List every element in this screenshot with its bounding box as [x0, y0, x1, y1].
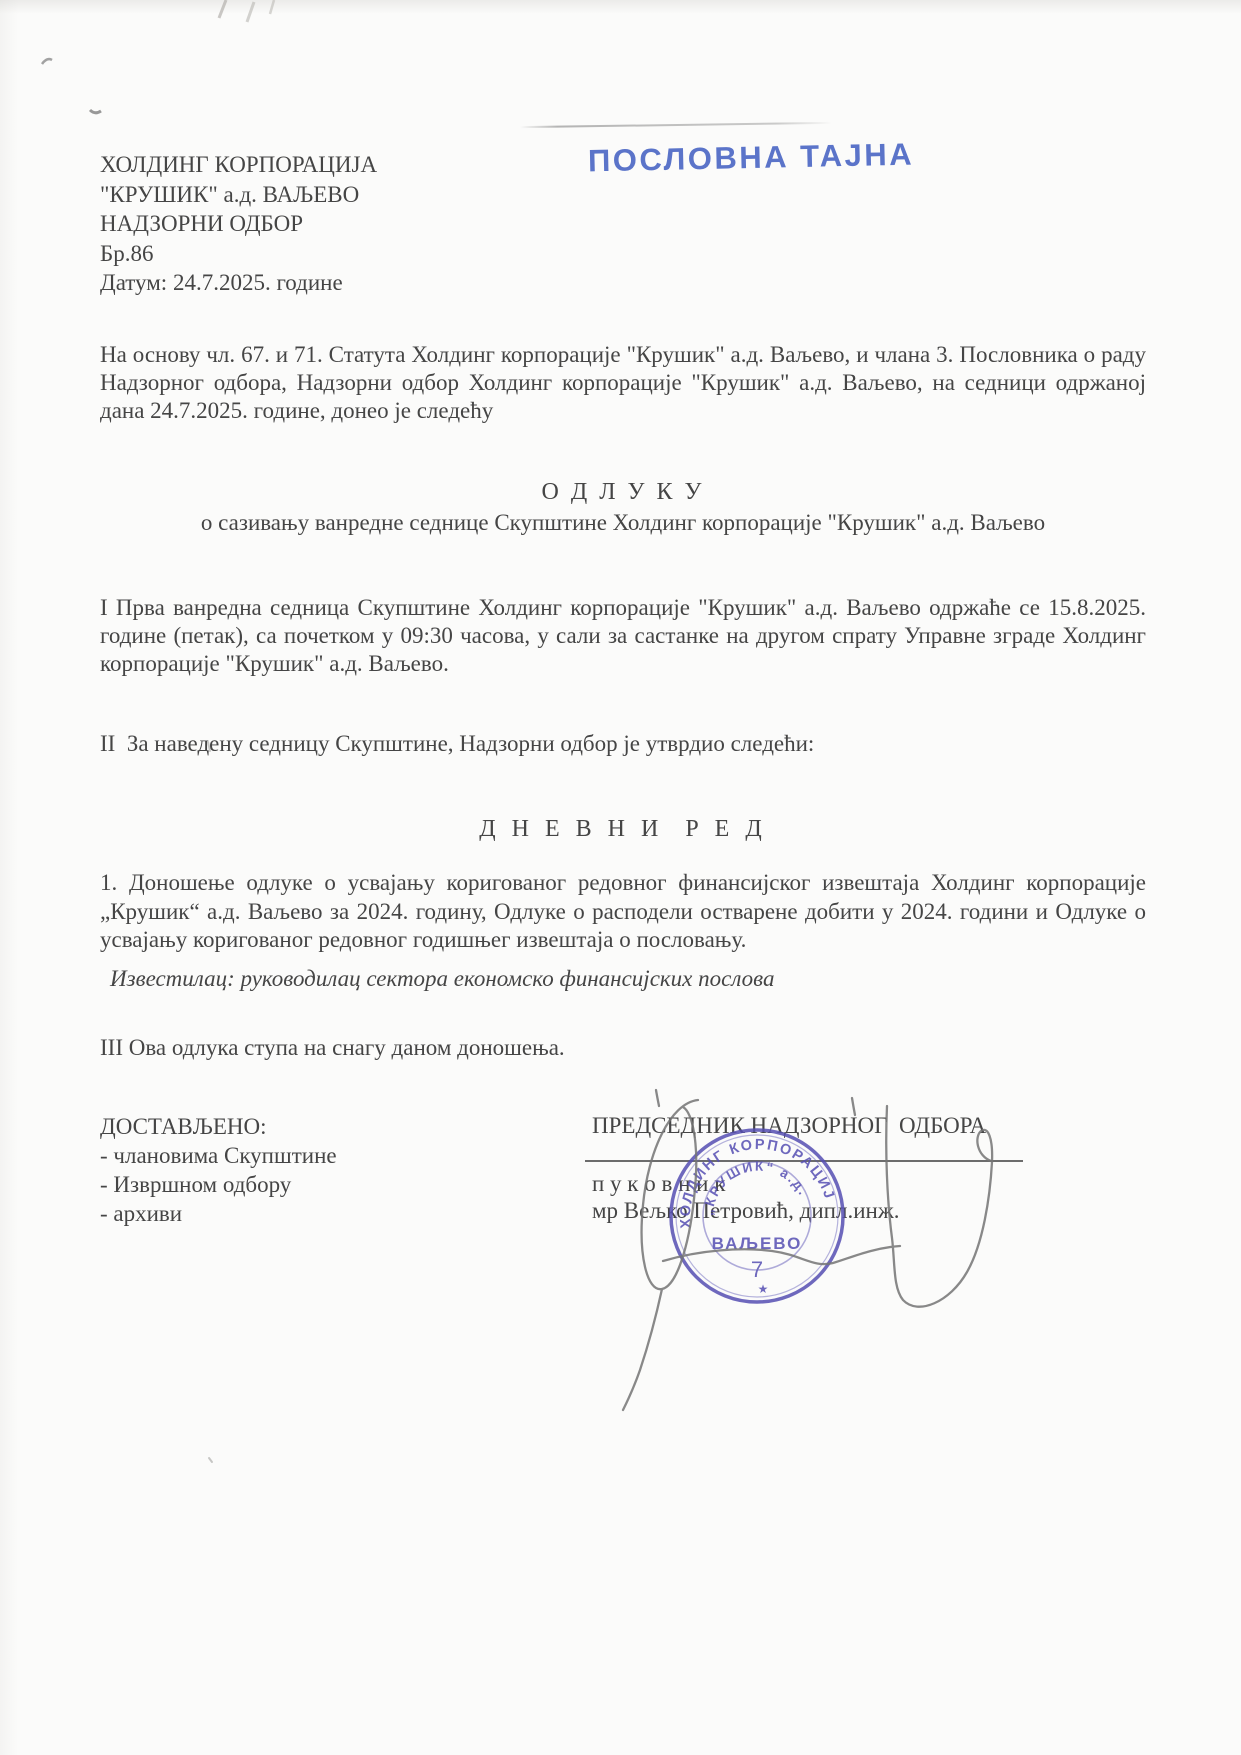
confidential-stamp: ПОСЛОВНА ТАЈНА — [588, 137, 915, 180]
delivered-item: - архиви — [100, 1199, 520, 1228]
stamp-number: 7 — [751, 1257, 763, 1282]
delivered-item: - Извршном одбору — [100, 1170, 520, 1199]
scan-artifact-marks — [0, 0, 400, 140]
delivered-title: ДОСТАВЉЕНО: — [100, 1112, 520, 1141]
decision-subtitle: о сазивању ванредне седнице Скупштине Хо… — [100, 509, 1146, 537]
agenda-title: Д Н Е В Н И Р Е Д — [100, 815, 1146, 843]
org-name-line1: ХОЛДИНГ КОРПОРАЦИЈА — [100, 150, 520, 180]
section-3-paragraph: III Ова одлука ступа на снагу даном доно… — [100, 1034, 1146, 1062]
scan-artifact-line — [520, 122, 832, 128]
org-name-line3: НАДЗОРНИ ОДБОР — [100, 209, 520, 239]
round-company-stamp: ХОЛДИНГ КОРПОРАЦИЈА „КРУШИК“ а.д. ВАЉЕВО… — [662, 1121, 852, 1311]
org-name-line2: "КРУШИК" а.д. ВАЉЕВО — [100, 180, 520, 210]
star-icon: ★ — [758, 1282, 769, 1296]
intro-paragraph: На основу чл. 67. и 71. Статута Холдинг … — [100, 341, 1146, 425]
sender-block: ХОЛДИНГ КОРПОРАЦИЈА "КРУШИК" а.д. ВАЉЕВО… — [100, 150, 520, 298]
delivered-block: ДОСТАВЉЕНО: - члановима Скупштине - Извр… — [100, 1112, 520, 1228]
scanned-document-page: ХОЛДИНГ КОРПОРАЦИЈА "КРУШИК" а.д. ВАЉЕВО… — [0, 0, 1241, 1755]
agenda-item-1: 1. Доношење одлуке о усвајању кориговано… — [100, 869, 1146, 955]
doc-date: Датум: 24.7.2025. године — [100, 268, 520, 298]
section-1-paragraph: I Прва ванредна седница Скупштине Холдин… — [100, 594, 1146, 678]
delivered-item: - члановима Скупштине — [100, 1141, 520, 1170]
doc-number: Бр.86 — [100, 239, 520, 269]
decision-title: О Д Л У К У — [100, 478, 1146, 506]
section-2-paragraph: II За наведену седницу Скупштине, Надзор… — [100, 730, 1146, 758]
agenda-reporter: Известилац: руководилац сектора економск… — [110, 965, 1110, 993]
stamp-city-text: ВАЉЕВО — [712, 1234, 803, 1253]
